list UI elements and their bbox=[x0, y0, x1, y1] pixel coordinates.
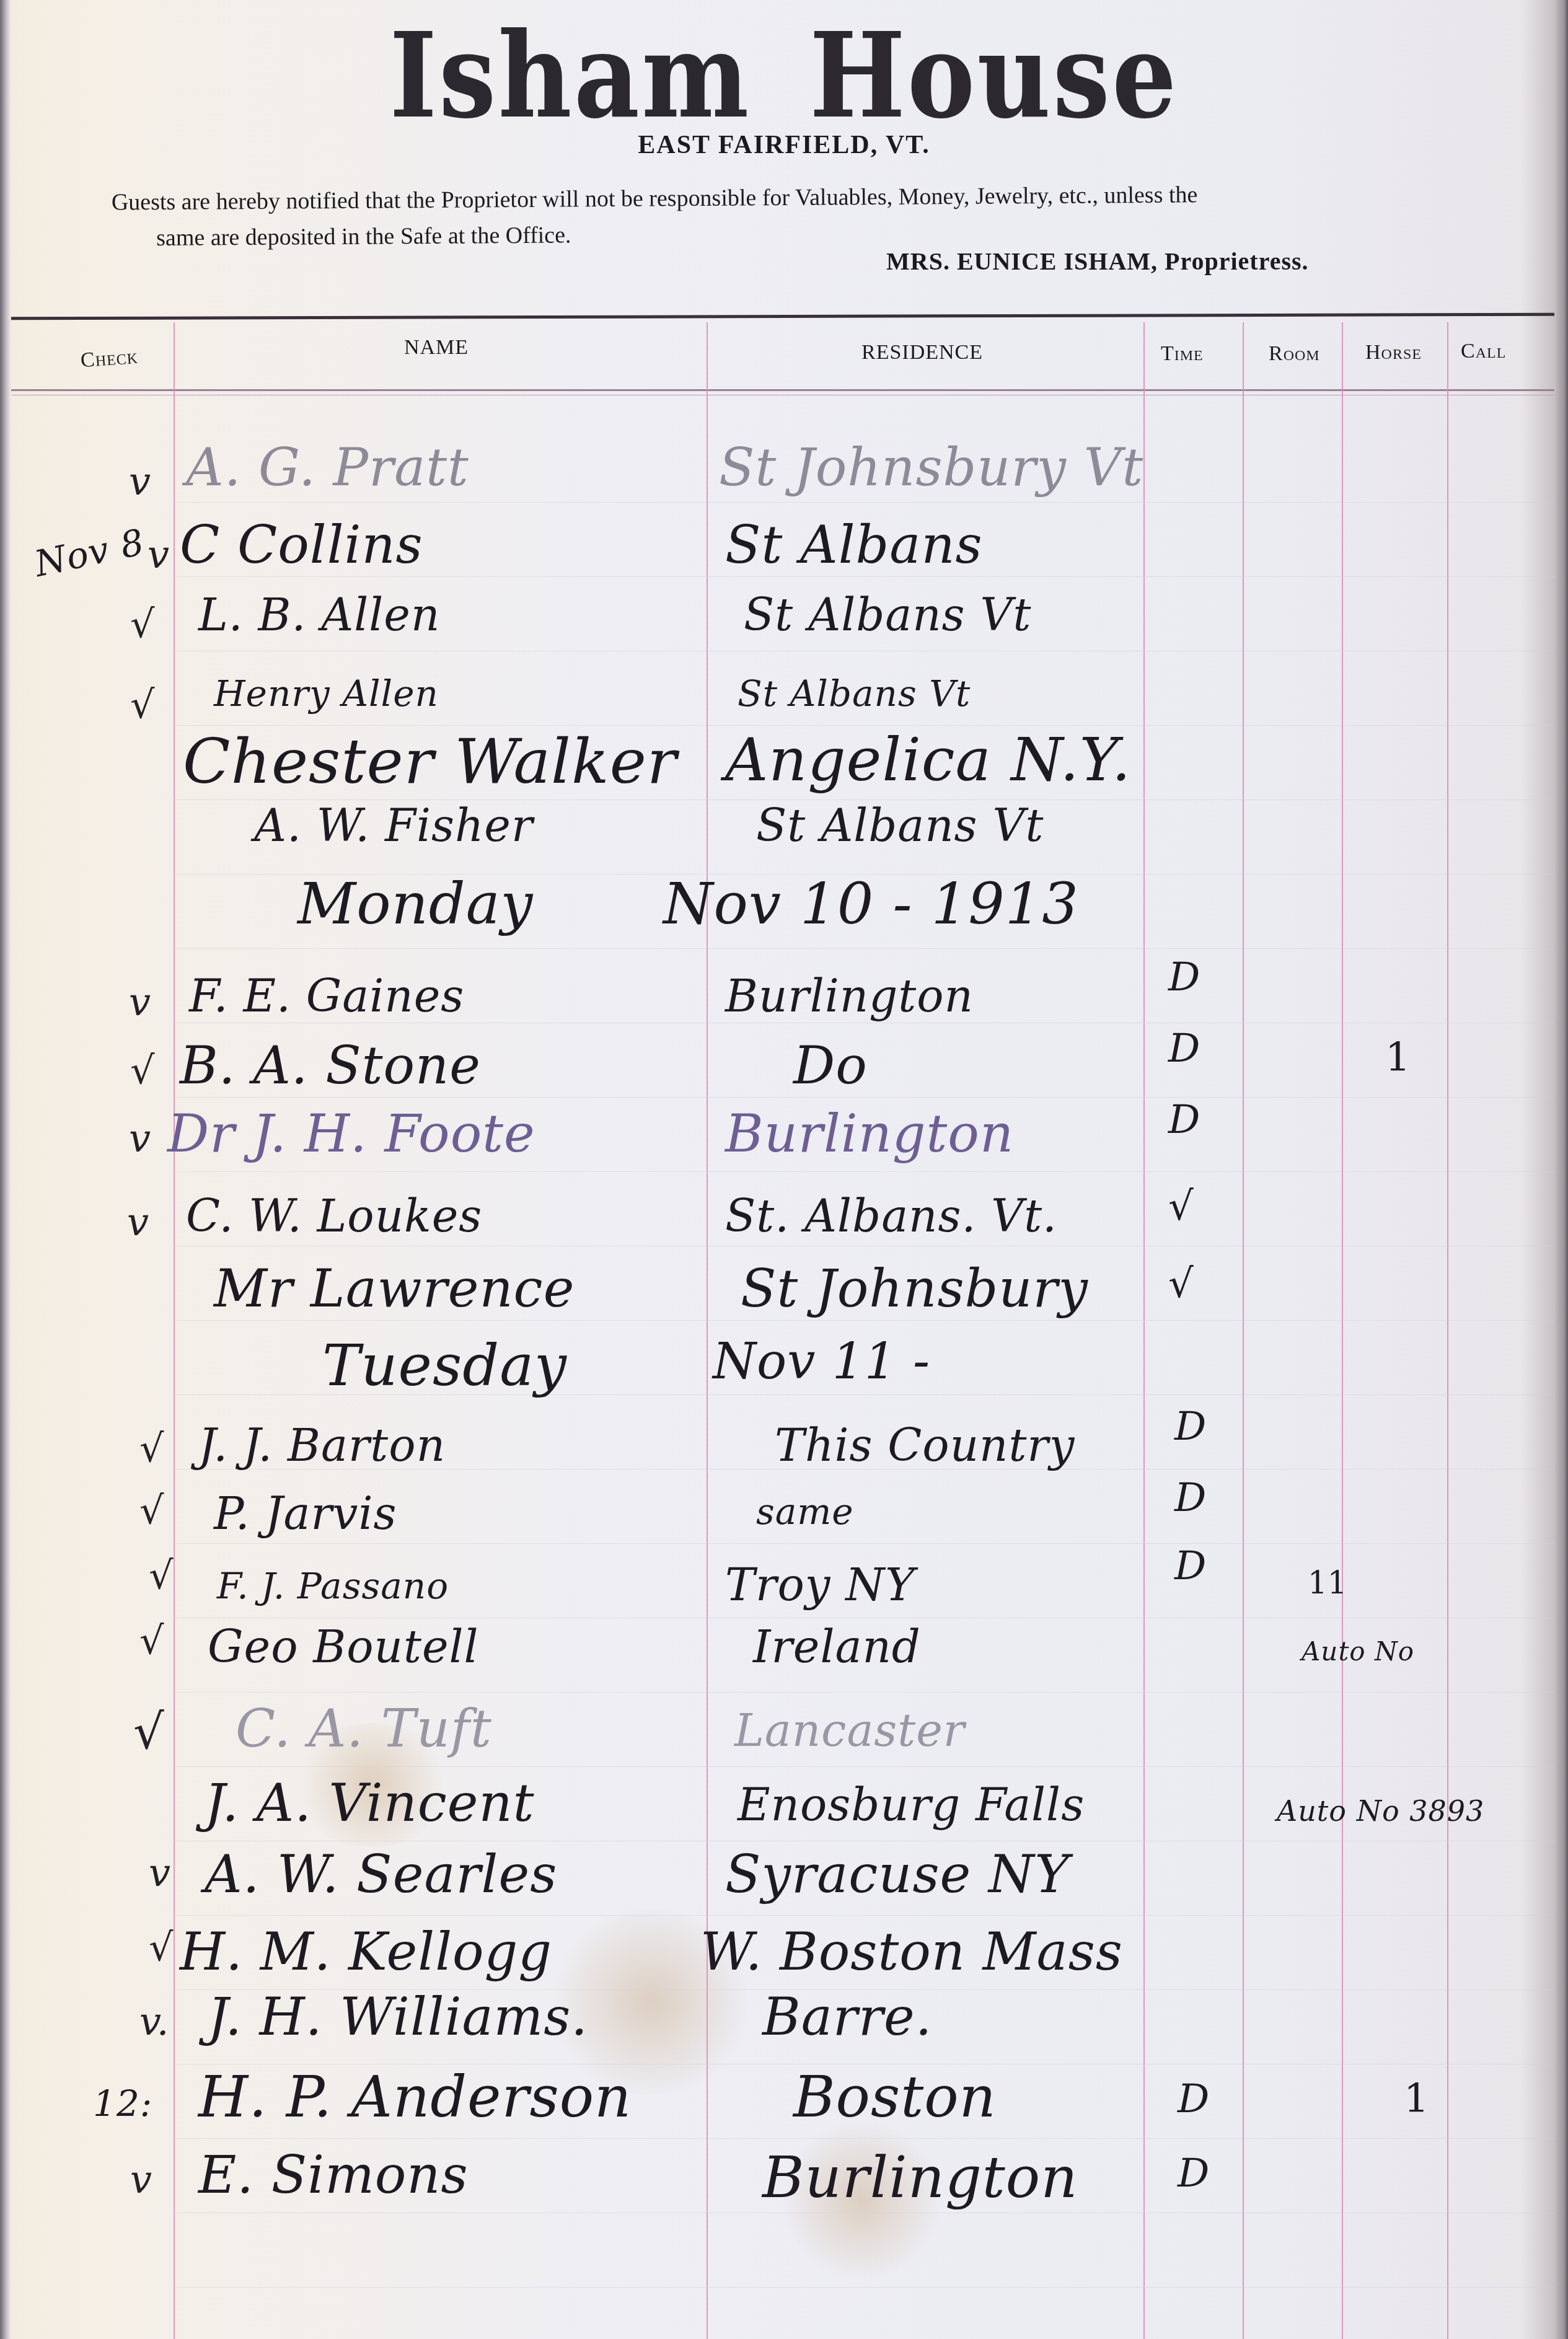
column-header-residence: RESIDENCE bbox=[861, 341, 983, 364]
guest-residence: Do bbox=[793, 1035, 868, 1096]
time-mark: √ bbox=[1168, 1184, 1194, 1230]
row-rule bbox=[174, 948, 1554, 949]
horse-note: Auto No 3893 bbox=[1277, 1794, 1484, 1828]
column-header-check: Check bbox=[80, 345, 139, 372]
time-mark: D bbox=[1178, 2076, 1209, 2122]
check-mark: √ bbox=[149, 1924, 174, 1970]
header-rule-top bbox=[11, 313, 1554, 320]
guest-name: Geo Boutell bbox=[208, 1621, 479, 1673]
check-mark: √ bbox=[139, 1618, 164, 1663]
time-mark: D bbox=[1168, 1026, 1200, 1072]
guest-residence: Burlington bbox=[762, 2144, 1078, 2211]
guest-name: A. W. Fisher bbox=[254, 799, 533, 852]
guest-name: Henry Allen bbox=[214, 672, 439, 715]
notice-line-1: Guests are hereby notified that the Prop… bbox=[112, 182, 1198, 215]
margin-note-12: 12: bbox=[93, 2082, 152, 2125]
column-divider bbox=[174, 322, 175, 2339]
guest-residence: St. Albans. Vt. bbox=[725, 1190, 1057, 1242]
guest-name: P. Jarvis bbox=[214, 1487, 397, 1540]
guest-name: A. G. Pratt bbox=[186, 437, 469, 498]
check-mark: √ bbox=[139, 1487, 164, 1533]
time-mark: D bbox=[1174, 1543, 1206, 1589]
column-header-room: Room bbox=[1269, 342, 1320, 366]
date-heading-day: Tuesday bbox=[322, 1332, 567, 1399]
check-mark: v bbox=[127, 1199, 149, 1244]
guest-residence: same bbox=[756, 1491, 854, 1533]
time-mark: D bbox=[1168, 1097, 1200, 1143]
row-rule bbox=[174, 1915, 1554, 1916]
guest-name: J. H. Williams. bbox=[208, 1986, 588, 2047]
row-rule bbox=[174, 2287, 1554, 2288]
row-rule bbox=[174, 1692, 1554, 1693]
row-rule bbox=[174, 502, 1554, 503]
row-rule bbox=[174, 1618, 1554, 1618]
row-rule bbox=[174, 651, 1554, 651]
horse-count: 1 bbox=[1385, 1035, 1411, 1081]
guest-residence: Barre. bbox=[762, 1986, 933, 2047]
header-rule-bottom bbox=[11, 389, 1554, 391]
proprietor: MRS. EUNICE ISHAM, Proprietress. bbox=[886, 247, 1309, 276]
column-headers: Check NAME RESIDENCE Time Room Horse Cal… bbox=[0, 327, 1568, 389]
column-header-horse: Horse bbox=[1365, 341, 1422, 364]
check-mark: v bbox=[130, 2157, 152, 2202]
column-divider bbox=[1447, 322, 1448, 2339]
time-mark: √ bbox=[1168, 1261, 1194, 1307]
guest-residence: St Johnsbury bbox=[741, 1258, 1088, 1319]
guest-name: Dr J. H. Foote bbox=[167, 1103, 535, 1164]
guest-name: E. Simons bbox=[198, 2144, 469, 2205]
guest-name: B. A. Stone bbox=[180, 1035, 481, 1096]
check-mark: v bbox=[129, 1116, 151, 1161]
column-header-call: Call bbox=[1461, 340, 1506, 363]
guest-name: C Collins bbox=[180, 514, 423, 575]
column-divider bbox=[1243, 322, 1244, 2339]
time-mark: D bbox=[1178, 2151, 1209, 2196]
row-rule bbox=[174, 2213, 1554, 2213]
title-word-isham: Isham bbox=[389, 6, 751, 144]
guest-name: Mr Lawrence bbox=[214, 1258, 575, 1319]
location: EAST FAIRFIELD, VT. bbox=[0, 130, 1568, 160]
guest-name: Chester Walker bbox=[183, 725, 677, 798]
guest-residence: Ireland bbox=[753, 1621, 921, 1673]
row-rule bbox=[174, 2138, 1554, 2139]
check-mark: v bbox=[149, 1850, 170, 1895]
guest-residence: St Albans Vt bbox=[756, 799, 1044, 852]
row-rule bbox=[174, 1841, 1554, 1841]
guest-name: A. W. Searles bbox=[205, 1844, 557, 1905]
check-mark: v. bbox=[139, 1999, 169, 2044]
check-mark: v bbox=[148, 532, 169, 577]
guest-residence: St Johnsbury Vt bbox=[719, 437, 1143, 498]
row-rule bbox=[174, 1543, 1554, 1544]
date-heading-date: Nov 11 - bbox=[713, 1332, 930, 1390]
column-header-time: Time bbox=[1161, 342, 1204, 366]
check-mark: √ bbox=[139, 1425, 164, 1471]
row-rule bbox=[174, 1246, 1554, 1246]
liability-notice: Guests are hereby notified that the Prop… bbox=[112, 175, 1457, 256]
guest-name: C. A. Tuft bbox=[236, 1698, 492, 1759]
title-word-house: House bbox=[809, 6, 1178, 144]
guest-residence: This Country bbox=[775, 1419, 1075, 1471]
row-rule bbox=[174, 1320, 1554, 1321]
column-divider bbox=[1143, 322, 1145, 2339]
time-mark: D bbox=[1174, 1475, 1206, 1521]
time-mark: D bbox=[1174, 1404, 1206, 1450]
guest-name: J. A. Vincent bbox=[205, 1773, 534, 1833]
guest-residence: Troy NY bbox=[725, 1559, 915, 1611]
guest-name: F. E. Gaines bbox=[189, 970, 464, 1022]
check-mark: √ bbox=[133, 1704, 164, 1760]
guest-residence: Angelica N.Y. bbox=[725, 725, 1131, 795]
check-mark: √ bbox=[130, 601, 155, 646]
guest-residence: W. Boston Mass bbox=[700, 1921, 1123, 1982]
guest-residence: St Albans Vt bbox=[738, 672, 971, 715]
guest-residence: Burlington bbox=[725, 970, 974, 1022]
check-mark: v bbox=[129, 979, 151, 1024]
guest-name: H. P. Anderson bbox=[198, 2064, 632, 2130]
check-mark: √ bbox=[130, 1047, 155, 1093]
margin-note-nov8: Nov 8 bbox=[31, 521, 148, 585]
guest-residence: Enosburg Falls bbox=[738, 1779, 1085, 1831]
row-rule bbox=[174, 576, 1554, 577]
column-divider bbox=[707, 322, 708, 2339]
guest-name: H. M. Kellogg bbox=[180, 1921, 552, 1982]
check-mark: √ bbox=[130, 682, 155, 727]
row-rule bbox=[174, 1171, 1554, 1172]
row-rule bbox=[174, 1097, 1554, 1098]
check-mark: √ bbox=[149, 1553, 174, 1598]
time-mark: D bbox=[1168, 954, 1200, 1000]
guest-residence: Syracuse NY bbox=[725, 1844, 1070, 1905]
guest-name: J. J. Barton bbox=[198, 1419, 446, 1471]
horse-count: 1 bbox=[1404, 2076, 1429, 2122]
guest-residence: St Albans bbox=[725, 514, 983, 575]
page-title: IshamHouse bbox=[110, 6, 1458, 144]
horse-note: Auto No bbox=[1302, 1636, 1414, 1667]
date-heading-day: Monday bbox=[297, 871, 534, 937]
guest-name: C. W. Loukes bbox=[186, 1190, 482, 1242]
guest-name: L. B. Allen bbox=[198, 589, 440, 641]
date-heading-date: Nov 10 - 1913 bbox=[663, 871, 1079, 937]
guest-residence: Burlington bbox=[725, 1103, 1014, 1164]
row-rule bbox=[174, 1766, 1554, 1767]
horse-count: 11 bbox=[1308, 1565, 1347, 1601]
check-mark: v bbox=[129, 459, 151, 504]
guest-residence: St Albans Vt bbox=[744, 589, 1031, 641]
guest-name: F. J. Passano bbox=[217, 1565, 449, 1607]
column-divider bbox=[1342, 322, 1343, 2339]
row-rule bbox=[174, 1023, 1554, 1023]
guest-residence: Boston bbox=[793, 2064, 997, 2130]
guest-residence: Lancaster bbox=[734, 1704, 965, 1756]
column-header-name: NAME bbox=[404, 336, 469, 359]
